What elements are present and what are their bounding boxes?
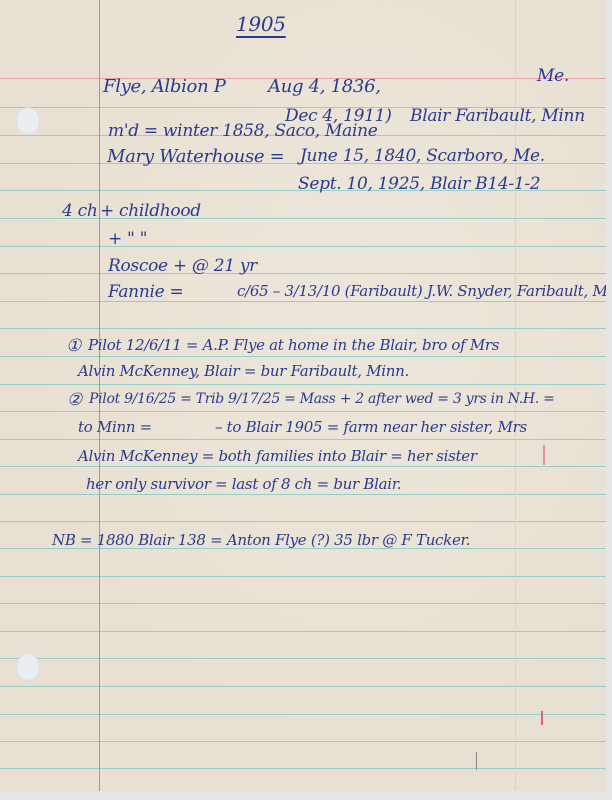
entry-birth: Aug 4, 1836, xyxy=(268,78,381,96)
note-line: her only survivor = last of 8 ch = bur B… xyxy=(86,477,401,492)
notebook-page: 1905 Flye, Albion P Aug 4, 1836, Me. Dec… xyxy=(0,0,606,791)
child-fannie-detail: c/65 – 3/13/10 (Faribault) J.W. Snyder, … xyxy=(237,284,606,299)
pencil-mark xyxy=(476,752,477,770)
note-line: Pilot 12/6/11 = A.P. Flye at home in the… xyxy=(88,338,499,353)
child-line: Roscoe + @ 21 yr xyxy=(108,258,257,275)
note-marker: ① xyxy=(66,338,81,355)
entry-death-place: Blair Faribault, Minn xyxy=(410,108,585,125)
entry-name: Flye, Albion P xyxy=(103,78,226,96)
entry-spouse: Mary Waterhouse = xyxy=(107,148,284,166)
binder-hole-bottom xyxy=(16,653,40,681)
child-line: + childhood xyxy=(100,203,201,220)
note-marker: ② xyxy=(67,392,82,409)
note-line: Pilot 9/16/25 = Trib 9/17/25 = Mass + 2 … xyxy=(89,392,555,406)
pink-mark xyxy=(543,445,545,465)
nb-line: NB = 1880 Blair 138 = Anton Flye (?) 35 … xyxy=(52,533,470,548)
child-line: Fannie = xyxy=(108,284,183,301)
entry-birth-place: Me. xyxy=(537,68,569,85)
note-line: – to Blair 1905 = farm near her sister, … xyxy=(215,420,527,435)
binder-hole-top xyxy=(16,107,40,135)
page-title-year: 1905 xyxy=(236,14,286,34)
entry-spouse-birth: June 15, 1840, Scarboro, Me. xyxy=(300,148,545,165)
note-line: Alvin McKenney, Blair = bur Faribault, M… xyxy=(78,364,409,379)
pink-mark xyxy=(541,711,543,725)
note-line: Alvin McKenney = both families into Blai… xyxy=(78,449,477,464)
entry-spouse-death: Sept. 10, 1925, Blair B14-1-2 xyxy=(298,176,540,193)
note-line: to Minn = xyxy=(78,420,152,435)
child-line: + " " xyxy=(108,231,147,248)
entry-married: m'd = winter 1858, Saco, Maine xyxy=(108,123,378,140)
children-summary: 4 ch xyxy=(62,203,98,220)
